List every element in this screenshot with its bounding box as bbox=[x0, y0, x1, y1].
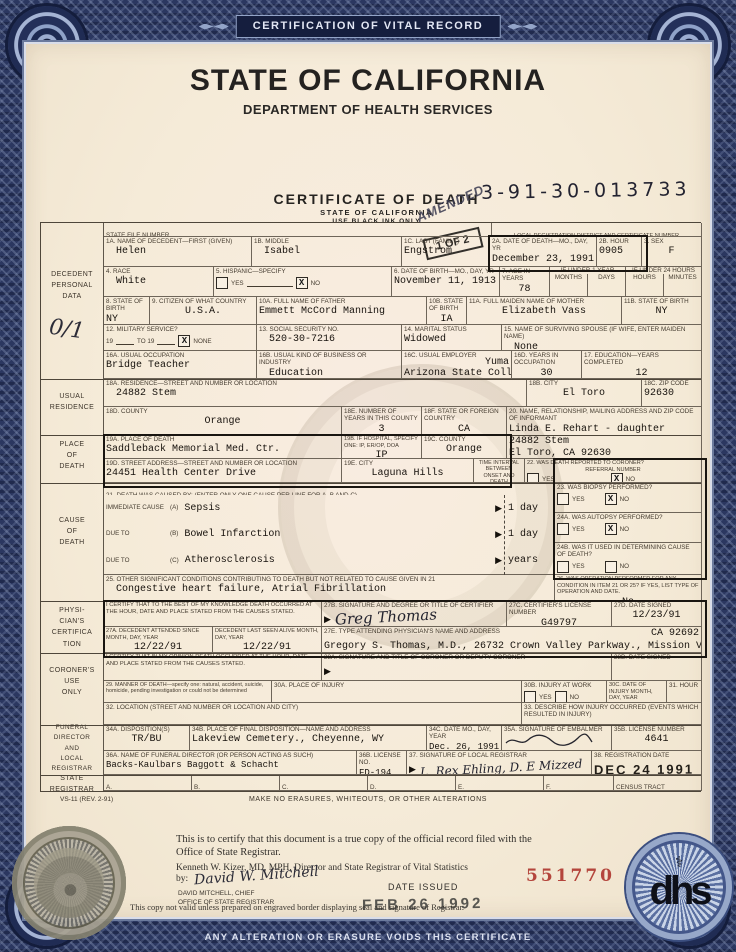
field-certifier-license: 27C. CERTIFIER'S LICENSE NUMBERG49797 bbox=[507, 601, 612, 627]
field-usual-employer: 16C. USUAL EMPLOYER Yuma Arizona State C… bbox=[402, 351, 512, 379]
field-attending-physician: 27E. TYPE ATTENDING PHYSICIAN'S NAME AND… bbox=[322, 627, 702, 653]
checkbox-used-yes bbox=[557, 561, 569, 573]
cause-line-c: DUE TO (C) Atherosclerosis ▶ years bbox=[104, 547, 555, 575]
handwritten-note: 0/1 bbox=[48, 317, 86, 344]
local-registration-header: LOCAL REGISTRATION DISTRICT AND CERTIFIC… bbox=[492, 223, 702, 237]
cause-line-a: IMMEDIATE CAUSE (A) Sepsis ▶ 1 day bbox=[104, 495, 555, 521]
field-mother-birth-state: 11B. STATE OF BIRTHNY bbox=[622, 297, 702, 325]
field-sex: 3. SEXF bbox=[642, 237, 702, 267]
checkbox-military-none: X bbox=[178, 335, 190, 347]
date-issued-label: DATE ISSUED bbox=[388, 882, 458, 892]
state-col-d: D. bbox=[368, 775, 456, 791]
field-residence-city: 18B. CITYEl Toro bbox=[527, 379, 642, 407]
field-death-city: 19E. CITYLaguna Hills bbox=[342, 459, 474, 483]
cause-header-cell: 21. DEATH WAS CAUSED BY: (ENTER ONLY ONE… bbox=[104, 483, 555, 495]
interval-dashed-line bbox=[504, 495, 505, 575]
field-registration-date: 38. REGISTRATION DATE DEC 24 1991 bbox=[592, 751, 702, 775]
physician-signature: Greg Thomas bbox=[335, 608, 438, 627]
physician-certify-text: I CERTIFY THAT TO THE BEST OF MY KNOWLED… bbox=[104, 601, 322, 627]
field-certifier-date-signed: 27D. DATE SIGNED12/23/91 bbox=[612, 601, 702, 627]
certificate-paper: STATE OF CALIFORNIA DEPARTMENT OF HEALTH… bbox=[26, 44, 710, 917]
checkbox-used-no bbox=[605, 561, 617, 573]
dhs-logo-text: dhs bbox=[649, 871, 708, 911]
field-last-seen-alive: DECEDENT LAST SEEN ALIVE MONTH, DAY, YEA… bbox=[213, 627, 322, 653]
field-injury-hour: 31. HOUR bbox=[667, 681, 702, 703]
field-usual-occupation: 16A. USUAL OCCUPATIONBridge Teacher bbox=[104, 351, 257, 379]
section-funeral-director: FUNERAL DIRECTOR AND LOCAL REGISTRAR bbox=[41, 723, 103, 774]
field-embalmer-license: 35B. LICENSE NUMBER4641 bbox=[612, 725, 702, 751]
page-subtitle: DEPARTMENT OF HEALTH SERVICES bbox=[26, 103, 710, 116]
field-autopsy: 24A. WAS AUTOPSY PERFORMED? YES X NO bbox=[555, 513, 702, 543]
field-funeral-director-name: 36A. NAME OF FUNERAL DIRECTOR (OR PERSON… bbox=[104, 751, 357, 775]
state-col-census-tract: CENSUS TRACT bbox=[614, 775, 702, 791]
field-name-last: 1C. LAST (FAMILY)Engstrom bbox=[402, 237, 490, 267]
local-registrar-signature: L. Rex Ehling, D. E Mizzed bbox=[420, 758, 583, 775]
interval-header-cell: TIME INTERVAL BETWEEN ONSET AND DEATH bbox=[474, 459, 525, 483]
checkbox-hispanic-yes bbox=[216, 277, 228, 289]
top-banner: CERTIFICATION OF VITAL RECORD bbox=[236, 15, 501, 38]
death-certificate-form: DECEDENT PERSONAL DATA 0/1 USUAL RESIDEN… bbox=[40, 222, 701, 792]
field-certifier-signature: 27B. SIGNATURE AND DEGREE OR TITLE OF CE… bbox=[322, 601, 507, 627]
certificate-number-handwritten: 3-91-30-013733 bbox=[481, 180, 691, 203]
field-date-of-death: 2A. DATE OF DEATH—MO., DAY, YRDecember 2… bbox=[490, 237, 597, 267]
field-reported-to-coroner: 22. WAS DEATH REPORTED TO CORONER? REFER… bbox=[525, 459, 702, 483]
field-funeral-license: 36B. LICENSE NO.FD-194 bbox=[357, 751, 407, 775]
field-race: 4. RACEWhite bbox=[104, 267, 214, 297]
field-disposition-date: 34C. DATE MO., DAY, YEARDec. 26, 1991 bbox=[427, 725, 502, 751]
field-injury-location: 32. LOCATION (STREET AND NUMBER OR LOCAT… bbox=[104, 703, 522, 725]
field-name-first: 1A. NAME OF DECEDENT—FIRST (GIVEN)Helen bbox=[104, 237, 252, 267]
field-coroner-date-signed: 28B. DATE SIGNED bbox=[612, 653, 702, 681]
page-title: STATE OF CALIFORNIA bbox=[26, 66, 710, 96]
form-grid: STATE FILE NUMBER LOCAL REGISTRATION DIS… bbox=[103, 223, 702, 791]
field-coroner-signature: 28A. SIGNATURE AND TITLE OF CORONER OR D… bbox=[322, 653, 612, 681]
state-col-e: E. bbox=[456, 775, 544, 791]
no-erasures-note: MAKE NO ERASURES, WHITEOUTS, OR OTHER AL… bbox=[26, 796, 710, 803]
section-usual-residence: USUAL RESIDENCE bbox=[41, 391, 103, 413]
field-if-under-24-hours: IF UNDER 24 HOURS HOURS MINUTES bbox=[626, 267, 702, 297]
field-if-hospital: 19B. IF HOSPITAL, SPECIFY ONE: IP, ER/OP… bbox=[342, 435, 422, 459]
state-col-b: B. bbox=[192, 775, 280, 791]
state-col-f: F. bbox=[544, 775, 614, 791]
checkbox-coroner-no: X bbox=[611, 473, 623, 483]
field-attended-since: 27A. DECEDENT ATTENDED SINCE MONTH, DAY,… bbox=[104, 627, 213, 653]
field-place-of-injury: 30A. PLACE OF INJURY bbox=[272, 681, 522, 703]
bottom-banner: ANY ALTERATION OR ERASURE VOIDS THIS CER… bbox=[195, 930, 542, 946]
death-certificate-scan: { "banners": { "top": "CERTIFICATION OF … bbox=[0, 0, 736, 952]
embalmer-signature-scribble bbox=[504, 733, 594, 747]
arrow-icon: ▶ bbox=[324, 666, 331, 676]
checkbox-coroner-yes bbox=[527, 473, 539, 483]
arrow-icon: ▶ bbox=[495, 556, 502, 565]
field-mother-name: 11A. FULL MAIDEN NAME OF MOTHERElizabeth… bbox=[467, 297, 622, 325]
dhs-seal: ⚕ dhs bbox=[626, 834, 732, 940]
field-residence-county: 18D. COUNTYOrange bbox=[104, 407, 342, 435]
section-cause-of-death: CAUSE OF DEATH bbox=[41, 515, 103, 549]
field-years-in-county: 18E. NUMBER OF YEARS IN THIS COUNTY3 bbox=[342, 407, 422, 435]
field-place-final-disposition: 34B. PLACE OF FINAL DISPOSITION—NAME AND… bbox=[190, 725, 427, 751]
checkbox-hispanic-no: X bbox=[296, 277, 308, 289]
field-residence-zip: 18C. ZIP CODE92630 bbox=[642, 379, 702, 407]
state-col-a: A. bbox=[104, 775, 192, 791]
field-biopsy: 23. WAS BIOPSY PERFORMED? YES X NO bbox=[555, 483, 702, 513]
arrow-icon: ▶ bbox=[324, 614, 331, 624]
field-date-of-injury: 30C. DATE OF INJURY MONTH, DAY, YEAR bbox=[607, 681, 667, 703]
arrow-icon: ▶ bbox=[495, 530, 502, 539]
field-how-injury-occurred: 33. DESCRIBE HOW INJURY OCCURRED (EVENTS… bbox=[522, 703, 702, 725]
field-military-service: 12. MILITARY SERVICE? 19 TO 19 X NONE bbox=[104, 325, 257, 351]
section-decedent-personal-data: DECEDENT PERSONAL DATA bbox=[41, 269, 103, 303]
field-surviving-spouse: 15. NAME OF SURVIVING SPOUSE (IF WIFE, E… bbox=[502, 325, 702, 351]
field-age: 7. AGE IN YEARS78 bbox=[500, 267, 550, 297]
field-name-middle: 1B. MIDDLEIsabel bbox=[252, 237, 402, 267]
field-embalmer-signature: 35A. SIGNATURE OF EMBALMER bbox=[502, 725, 612, 751]
checkbox-autopsy-no: X bbox=[605, 523, 617, 535]
field-date-of-birth: 6. DATE OF BIRTH—MO., DAY, YRNovember 11… bbox=[392, 267, 500, 297]
field-hispanic: 5. HISPANIC—SPECIFY YES X NO bbox=[214, 267, 392, 297]
checkbox-biopsy-yes bbox=[557, 493, 569, 505]
section-state-registrar: STATE REGISTRAR bbox=[41, 773, 103, 795]
field-place-of-death: 19A. PLACE OF DEATHSaddleback Memorial M… bbox=[104, 435, 342, 459]
field-manner-of-death: 29. MANNER OF DEATH—specify one: natural… bbox=[104, 681, 272, 703]
field-education: 17. EDUCATION—YEARS COMPLETED12 bbox=[582, 351, 702, 379]
serial-number: 551770 bbox=[526, 866, 615, 886]
field-if-under-1-year: IF UNDER 1 YEAR MONTHS DAYS bbox=[550, 267, 626, 297]
coroner-certify-text: I CERTIFY THAT IN MY OPINION DEATH OCCUR… bbox=[104, 653, 322, 681]
field-residence-street: 18A. RESIDENCE—STREET AND NUMBER OR LOCA… bbox=[104, 379, 527, 407]
field-death-county: 19C. COUNTYOrange bbox=[422, 435, 507, 459]
field-ssn: 13. SOCIAL SECURITY NO.520-30-7216 bbox=[257, 325, 402, 351]
field-marital-status: 14. MARITAL STATUSWidowed bbox=[402, 325, 502, 351]
section-coroners-use-only: CORONER'S USE ONLY bbox=[41, 665, 103, 699]
field-informant: 20. NAME, RELATIONSHIP, MAILING ADDRESS … bbox=[507, 407, 702, 459]
field-autopsy-used: 24B. WAS IT USED IN DETERMINING CAUSE OF… bbox=[555, 543, 702, 575]
field-operation-performed: 26. WAS OPERATION PERFORMED FOR ANY COND… bbox=[555, 575, 702, 601]
section-physicians-certification: PHYSI- CIAN'S CERTIFICA TION bbox=[41, 605, 103, 650]
checkbox-injury-yes bbox=[524, 691, 536, 703]
field-father-name: 10A. FULL NAME OF FATHEREmmett McCord Ma… bbox=[257, 297, 427, 325]
registration-date-stamp: DEC 24 1991 bbox=[594, 763, 694, 775]
validity-note: This copy not valid unless prepared on e… bbox=[130, 902, 610, 912]
field-death-street-address: 19D. STREET ADDRESS—STREET AND NUMBER OR… bbox=[104, 459, 342, 483]
state-col-c: C. bbox=[280, 775, 368, 791]
section-place-of-death: PLACE OF DEATH bbox=[41, 439, 103, 473]
checkbox-injury-no bbox=[555, 691, 567, 703]
field-local-registrar-signature: 37. SIGNATURE OF LOCAL REGISTRAR ▶ L. Re… bbox=[407, 751, 592, 775]
field-other-conditions: 25. OTHER SIGNIFICANT CONDITIONS CONTRIB… bbox=[104, 575, 555, 601]
field-kind-of-business: 16B. USUAL KIND OF BUSINESS OR INDUSTRYE… bbox=[257, 351, 402, 379]
cause-line-b: DUE TO (B) Bowel Infarction ▶ 1 day bbox=[104, 521, 555, 547]
arrow-icon: ▶ bbox=[409, 764, 416, 774]
checkbox-biopsy-no: X bbox=[605, 493, 617, 505]
field-injury-at-work: 30B. INJURY AT WORK YES NO bbox=[522, 681, 607, 703]
field-father-birth-state: 10B. STATE OF BIRTHIA bbox=[427, 297, 467, 325]
form-code: VS-11 (REV. 2-91) bbox=[60, 796, 113, 803]
field-years-in-occupation: 16D. YEARS IN OCCUPATION30 bbox=[512, 351, 582, 379]
field-citizen-country: 9. CITIZEN OF WHAT COUNTRYU.S.A. bbox=[150, 297, 257, 325]
state-file-number-cell: STATE FILE NUMBER bbox=[104, 223, 492, 237]
field-state-or-foreign-country: 18F. STATE OR FOREIGN COUNTRYCA bbox=[422, 407, 507, 435]
checkbox-autopsy-yes bbox=[557, 523, 569, 535]
field-disposition: 34A. DISPOSITION(S)TR/BU bbox=[104, 725, 190, 751]
true-copy-statement: This is to certify that this document is… bbox=[176, 833, 616, 859]
field-hour-of-death: 2B. HOUR0905 bbox=[597, 237, 642, 267]
field-state-of-birth: 8. STATE OF BIRTHNY bbox=[104, 297, 150, 325]
arrow-icon: ▶ bbox=[495, 504, 502, 513]
california-state-seal bbox=[12, 826, 126, 940]
